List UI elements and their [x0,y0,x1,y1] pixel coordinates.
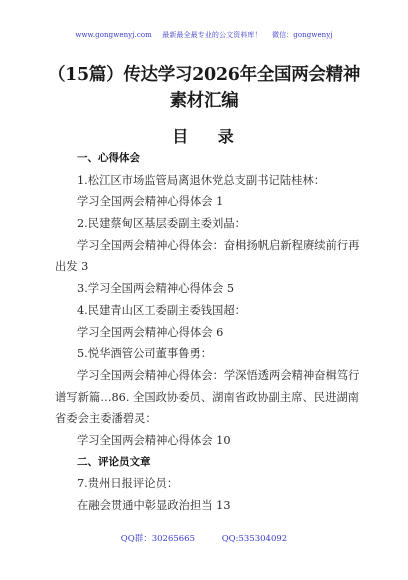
toc-entry-title[interactable]: 在融会贯通中彰显政治担当 13 [55,495,367,517]
toc-heading: 目 录 [0,124,408,147]
page-footer-contact: QQ群：30265665 QQ:535304092 [0,532,408,544]
header-slogan: 最新最全最专业的公文资料库！ [162,31,261,39]
toc-entry-title[interactable]: 学习全国两会精神心得体会：奋楫扬帆启新程赓续前行再出发 3 [55,235,367,278]
toc-section-heading[interactable]: 一、心得体会 [55,148,367,170]
toc-entry-author[interactable]: 7.贵州日报评论员： [55,473,367,495]
title-line-2: 素材汇编 [0,88,408,114]
website-link[interactable]: www.gongwenyj.com [75,31,152,39]
table-of-contents: 一、心得体会 1.松江区市场监管局离退休党总支副书记陆桂林： 学习全国两会精神心… [55,148,367,517]
title-line-1: （15篇）传达学习2026年全国两会精神 [0,62,408,88]
toc-entry-author[interactable]: 4.民建青山区工委副主委钱国超： [55,300,367,322]
qq-group: QQ群：30265665 [121,534,195,544]
toc-entry-title[interactable]: 学习全国两会精神心得体会 1 [55,191,367,213]
toc-entry-title[interactable]: 学习全国两会精神心得体会：学深悟透两会精神奋楫笃行谱写新篇…86. 全国政协委员… [55,365,367,430]
toc-entry-title[interactable]: 学习全国两会精神心得体会 10 [55,430,367,452]
document-title: （15篇）传达学习2026年全国两会精神 素材汇编 [0,62,408,114]
toc-entry-author[interactable]: 5.悦华酒管公司董事鲁勇： [55,343,367,365]
page-header-watermark: www.gongwenyj.com 最新最全最专业的公文资料库！ 微信：gong… [0,30,408,40]
toc-entry-author[interactable]: 1.松江区市场监管局离退休党总支副书记陆桂林： [55,170,367,192]
toc-entry-author[interactable]: 2.民建蔡甸区基层委副主委刘晶： [55,213,367,235]
toc-entry-title[interactable]: 3.学习全国两会精神心得体会 5 [55,278,367,300]
qq-number: QQ:535304092 [222,534,287,544]
toc-entry-title[interactable]: 学习全国两会精神心得体会 6 [55,322,367,344]
wechat-id: 微信：gongwenyj [272,31,333,39]
toc-section-heading[interactable]: 二、评论员文章 [55,452,367,474]
